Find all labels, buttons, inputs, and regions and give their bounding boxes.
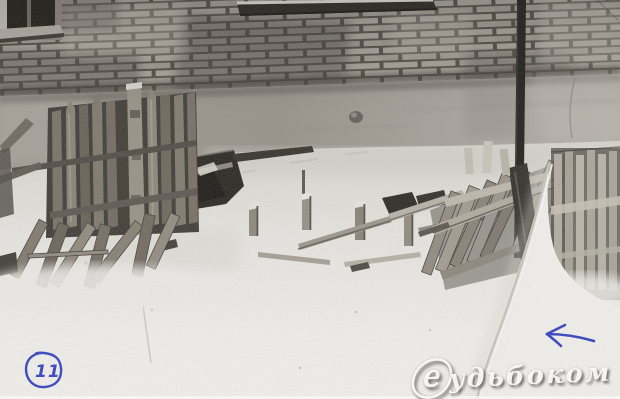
crime-scene-photograph: 11	[0, 0, 620, 399]
watermark-text: удьбоком	[449, 358, 613, 395]
watermark: ⓔудьбоком	[407, 351, 613, 399]
photo-frame: 11 ⓔудьбоком	[0, 0, 620, 399]
case-number-text: 11	[35, 362, 61, 382]
watermark-initial: ⓔ	[406, 355, 450, 399]
